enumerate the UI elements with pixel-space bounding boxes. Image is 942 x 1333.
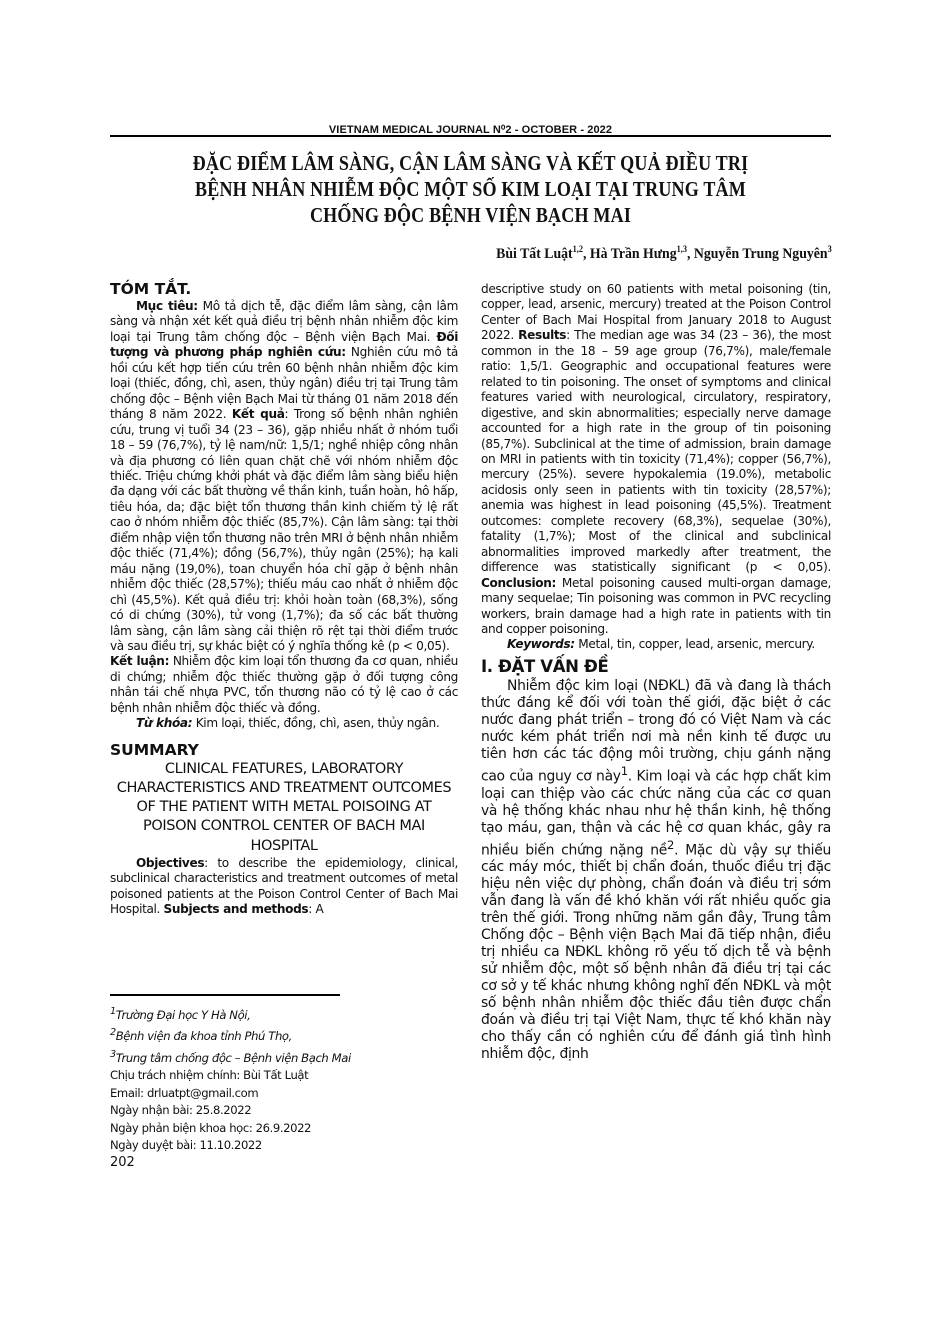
author-name: Hà Trần Hưng bbox=[590, 246, 677, 262]
keywords-en-text: Metal, tin, copper, lead, arsenic, mercu… bbox=[575, 637, 815, 651]
methods-en-label: Subjects and methods bbox=[164, 902, 309, 916]
article-title: ĐẶC ĐIỂM LÂM SÀNG, CẬN LÂM SÀNG VÀ KẾT Q… bbox=[160, 150, 780, 228]
keywords-text: Kim loại, thiếc, đồng, chì, asen, thủy n… bbox=[192, 716, 439, 730]
keywords-en-label: Keywords: bbox=[507, 637, 575, 651]
author-affiliation: 1,2 bbox=[573, 244, 583, 254]
abstract-vi-heading: TÓM TẮT. bbox=[110, 280, 458, 299]
title-line-2: BỆNH NHÂN NHIỄM ĐỘC MỘT SỐ KIM LOẠI TẠI … bbox=[160, 176, 780, 202]
affiliation-2: 2Bệnh viện đa khoa tỉnh Phú Thọ, bbox=[110, 1024, 458, 1045]
title-line-1: ĐẶC ĐIỂM LÂM SÀNG, CẬN LÂM SÀNG VÀ KẾT Q… bbox=[160, 150, 780, 176]
author-list: Bùi Tất Luật1,2, Hà Trần Hưng1,3, Nguyễn… bbox=[496, 244, 832, 263]
objective-label: Mục tiêu: bbox=[136, 299, 198, 313]
author-name: Bùi Tất Luật bbox=[496, 246, 572, 262]
keywords-label: Từ khóa: bbox=[136, 716, 192, 730]
abstract-en-left: Objectives: to describe the epidemiology… bbox=[110, 856, 458, 918]
affiliation-1: 1Trường Đại học Y Hà Nội, bbox=[110, 1003, 458, 1024]
methods-en-text-start: : A bbox=[308, 902, 323, 916]
email: Email: drluatpt@gmail.com bbox=[110, 1085, 458, 1103]
abstract-en-right: descriptive study on 60 patients with me… bbox=[481, 282, 831, 637]
date-received: Ngày nhận bài: 25.8.2022 bbox=[110, 1102, 458, 1120]
date-reviewed: Ngày phản biện khoa học: 26.9.2022 bbox=[110, 1120, 458, 1138]
author-affiliation: 1,3 bbox=[677, 244, 687, 254]
abstract-vi-body: Mục tiêu: Mô tả dịch tễ, đặc điểm lâm sà… bbox=[110, 299, 458, 654]
author-affiliation: 3 bbox=[828, 244, 832, 254]
summary-title: CLINICAL FEATURES, LABORATORY CHARACTERI… bbox=[114, 760, 454, 856]
conclusion-label: Kết luận: bbox=[110, 654, 169, 668]
keywords-vi: Từ khóa: Kim loại, thiếc, đồng, chì, ase… bbox=[110, 716, 458, 731]
results-label: Kết quả bbox=[232, 407, 285, 421]
affiliation-3: 3Trung tâm chống độc – Bệnh viện Bạch Ma… bbox=[110, 1046, 458, 1067]
title-line-3: CHỐNG ĐỘC BỆNH VIỆN BẠCH MAI bbox=[160, 202, 780, 228]
responsible-author: Chịu trách nhiệm chính: Bùi Tất Luật bbox=[110, 1067, 458, 1085]
results-en-label: Results bbox=[518, 328, 566, 342]
footnotes: 1Trường Đại học Y Hà Nội, 2Bệnh viện đa … bbox=[110, 1003, 458, 1155]
right-column: descriptive study on 60 patients with me… bbox=[481, 282, 831, 1063]
conclusion-vi: Kết luận: Nhiễm độc kim loại tổn thương … bbox=[110, 654, 458, 716]
results-text: : Trong số bệnh nhân nghiên cứu, trung v… bbox=[110, 407, 458, 653]
conclusion-en-label: Conclusion: bbox=[481, 576, 556, 590]
section-1-paragraph: Nhiễm độc kim loại (NĐKL) đã và đang là … bbox=[481, 678, 831, 1063]
left-column: TÓM TẮT. Mục tiêu: Mô tả dịch tễ, đặc đi… bbox=[110, 280, 458, 918]
date-accepted: Ngày duyệt bài: 11.10.2022 bbox=[110, 1137, 458, 1155]
summary-heading: SUMMARY bbox=[110, 741, 458, 760]
keywords-en: Keywords: Metal, tin, copper, lead, arse… bbox=[481, 637, 831, 652]
section-1-heading: I. ĐẶT VẤN ĐỀ bbox=[481, 656, 831, 678]
footnote-rule bbox=[110, 994, 340, 996]
author-name: Nguyễn Trung Nguyên bbox=[694, 246, 828, 262]
page-number: 202 bbox=[110, 1155, 135, 1170]
header-rule bbox=[110, 135, 831, 137]
objectives-label: Objectives bbox=[136, 856, 204, 870]
citation-1: 1 bbox=[621, 764, 628, 778]
results-en-text: : The median age was 34 (23 – 36), the m… bbox=[481, 328, 831, 574]
